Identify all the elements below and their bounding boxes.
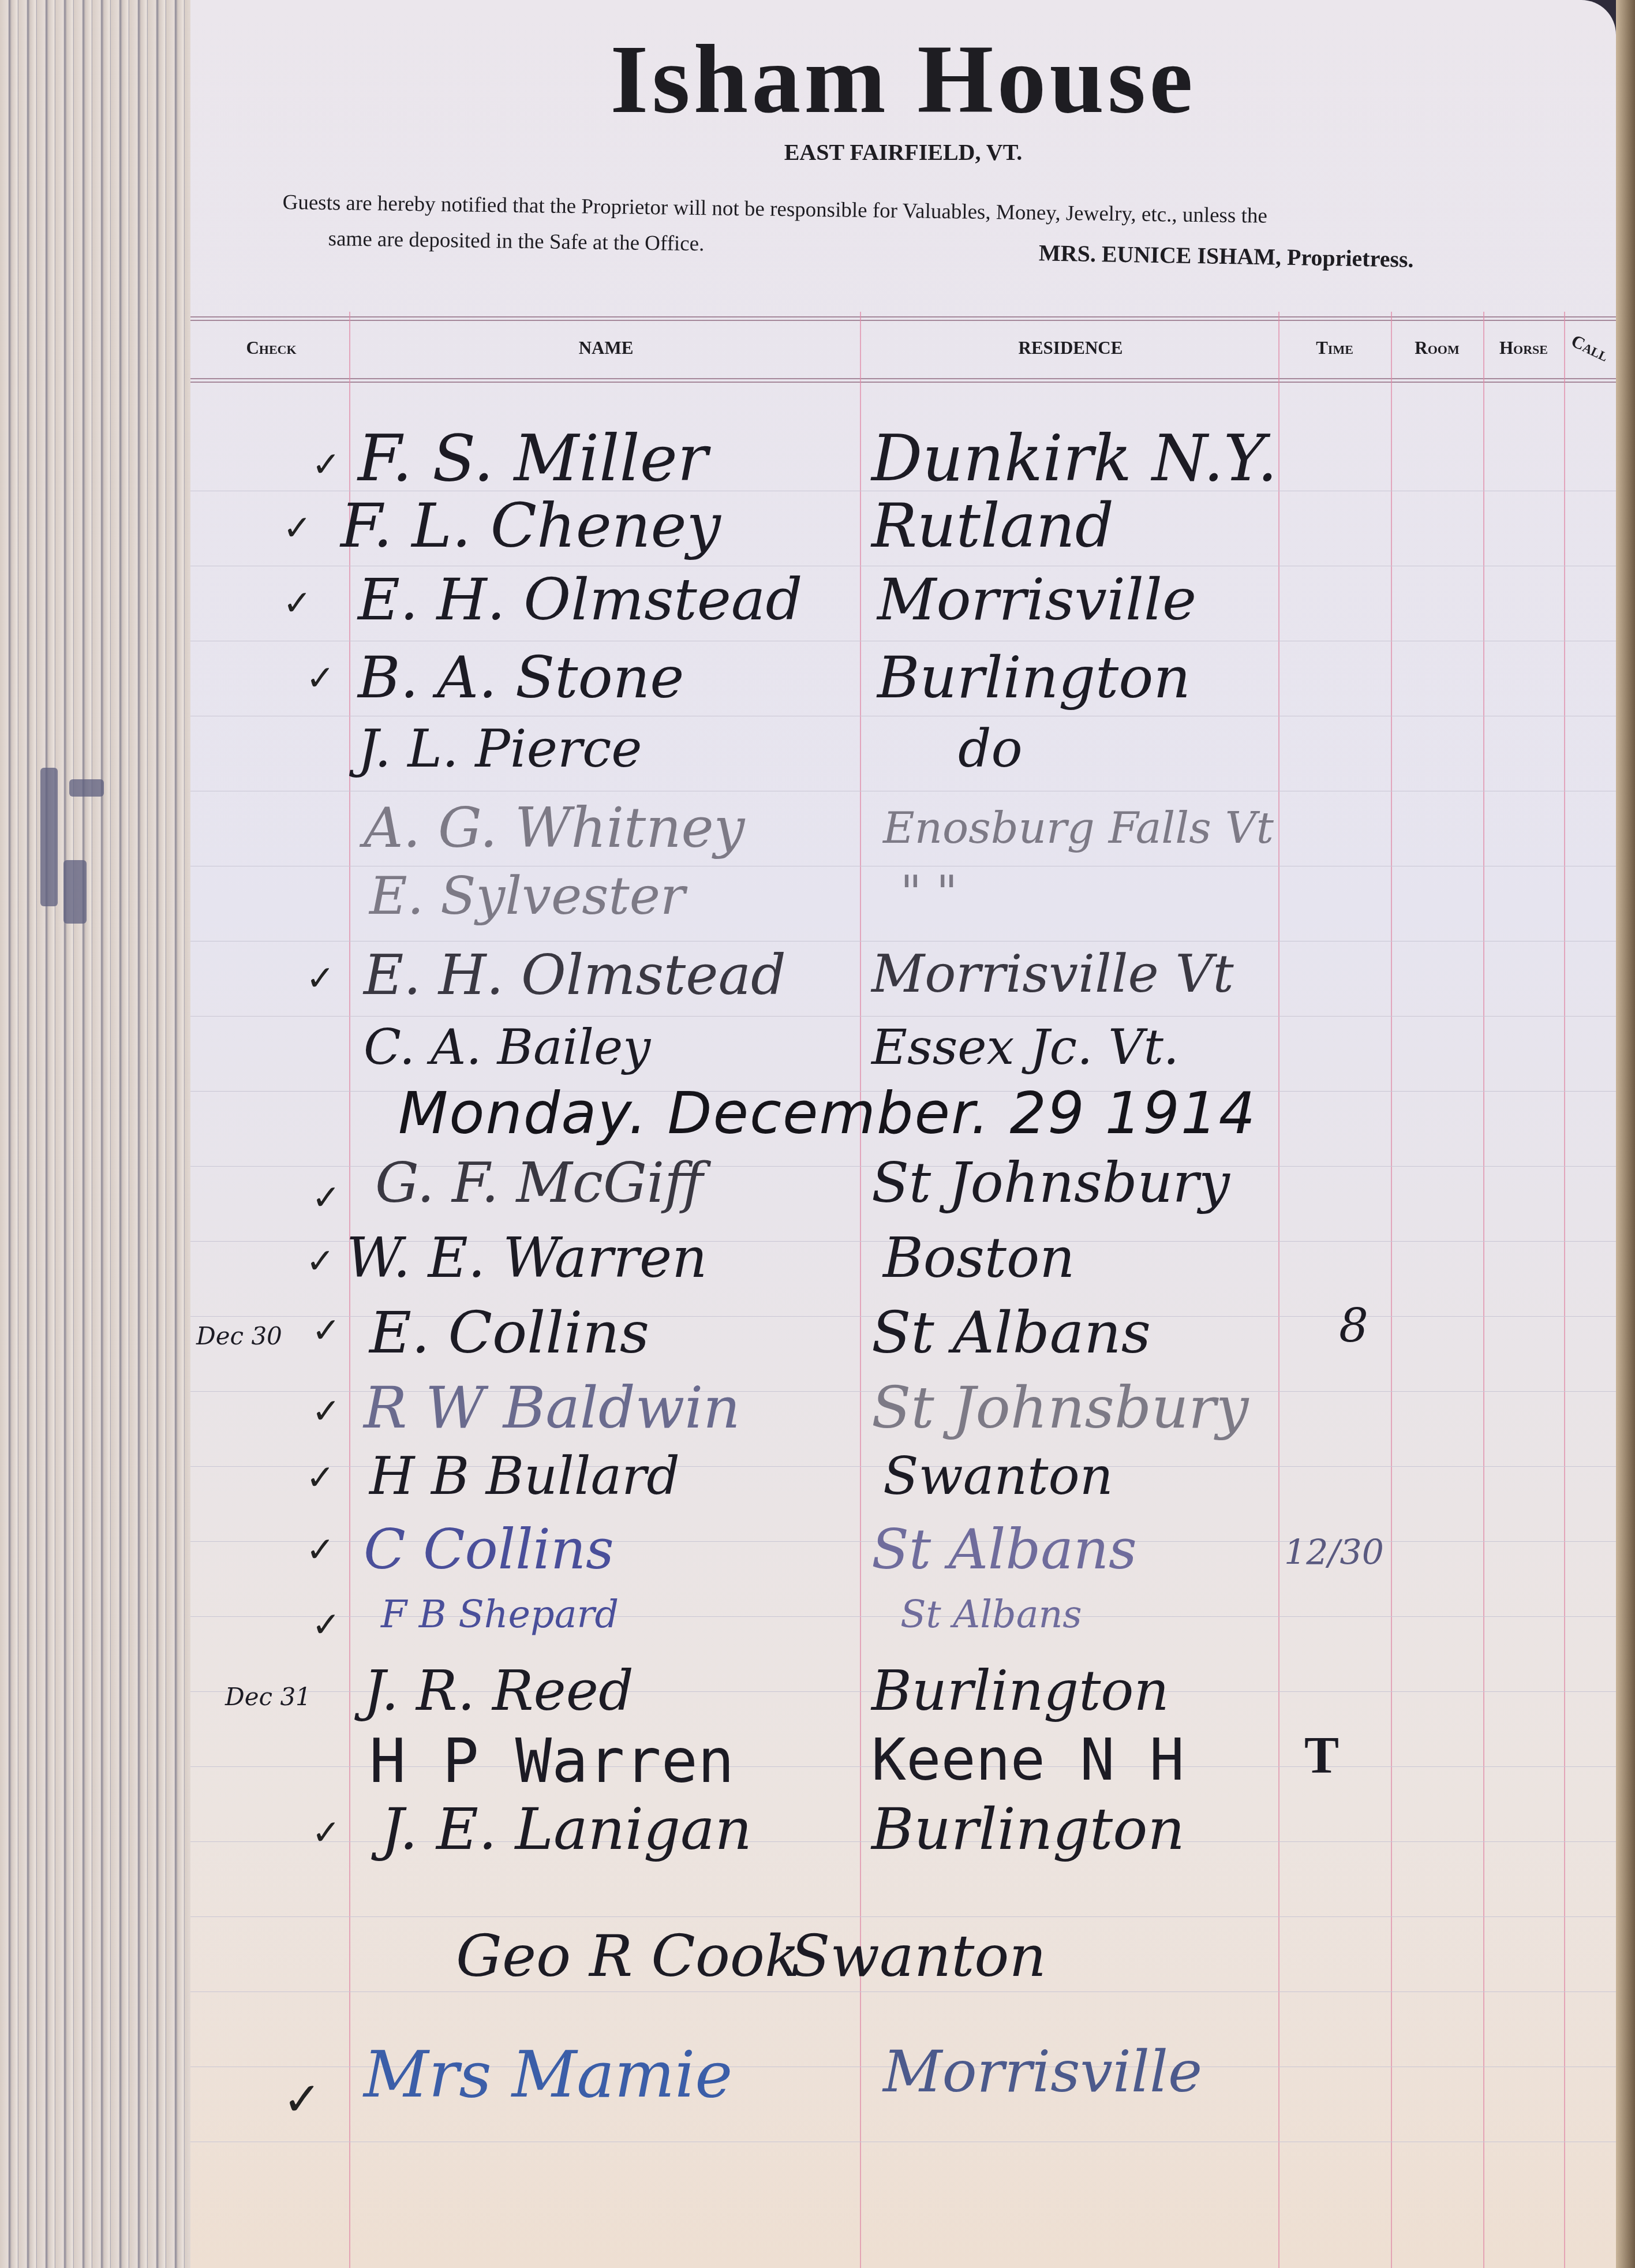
guest-name: F. S. Miller <box>358 421 708 495</box>
margin-date: Dec 31 <box>225 1683 311 1711</box>
guest-name: Geo R Cook <box>456 1922 800 1990</box>
column-header-check: Check <box>202 338 341 358</box>
guest-residence: St Johnsbury <box>871 1374 1249 1441</box>
guest-residence: Dunkirk N.Y. <box>871 421 1278 495</box>
guest-name: F. L. Cheney <box>341 491 721 561</box>
column-divider <box>1391 312 1392 2268</box>
page-stack-edge <box>0 0 190 2268</box>
guest-name: E. Sylvester <box>369 866 685 926</box>
guest-residence: Enosburg Falls Vt <box>883 802 1274 853</box>
check-mark: ✓ <box>306 1458 335 1498</box>
ruled-line <box>190 641 1616 641</box>
guest-residence: do <box>958 719 1023 779</box>
check-mark: ✓ <box>312 1605 341 1645</box>
header-rule-bottom <box>190 378 1616 383</box>
check-mark: ✓ <box>312 444 341 485</box>
column-header-call: Call <box>1565 329 1615 367</box>
column-header-time: Time <box>1278 338 1391 358</box>
ruled-line <box>190 941 1616 941</box>
ruled-line <box>190 1016 1616 1017</box>
guest-time: 8 <box>1339 1299 1368 1352</box>
guest-residence: Keene N H <box>871 1726 1184 1794</box>
hotel-location: EAST FAIRFIELD, VT. <box>190 139 1616 166</box>
column-header-room: Room <box>1391 338 1483 358</box>
guest-name: Mrs Mamie <box>364 2038 732 2112</box>
guest-residence: St Johnsbury <box>871 1152 1230 1215</box>
guest-residence: Morrisville <box>883 2038 1202 2105</box>
guest-residence: Rutland <box>871 491 1114 561</box>
guest-name: C. A. Bailey <box>364 1019 650 1076</box>
guest-name: G. F. McGiff <box>375 1152 703 1215</box>
proprietress: MRS. EUNICE ISHAM, Proprietress. <box>1039 239 1414 272</box>
ink-stain <box>63 860 87 924</box>
guest-residence: Boston <box>883 1227 1075 1290</box>
guest-residence: Swanton <box>791 1922 1046 1990</box>
column-header-name: NAME <box>352 338 860 358</box>
check-mark: ✓ <box>312 1391 341 1432</box>
guest-name: E. H. Olmstead <box>364 944 786 1007</box>
guest-name: E. Collins <box>369 1299 649 1366</box>
guest-name: J. R. Reed <box>364 1660 634 1723</box>
guest-name: J. L. Pierce <box>358 719 642 779</box>
column-divider <box>1483 312 1484 2268</box>
ruled-line <box>190 2142 1616 2142</box>
check-mark: ✓ <box>306 1241 335 1281</box>
ruled-line <box>190 1991 1616 1992</box>
check-mark: ✓ <box>283 583 312 623</box>
check-mark: ✓ <box>312 1178 341 1218</box>
check-mark: ✓ <box>283 2072 321 2126</box>
guest-residence: St Albans <box>900 1593 1082 1636</box>
check-mark: ✓ <box>306 658 335 698</box>
ink-stain <box>40 768 58 906</box>
ink-stain <box>69 779 104 797</box>
guest-residence: Burlington <box>871 1660 1169 1723</box>
hotel-title: Isham House <box>190 23 1616 136</box>
guest-residence: " " <box>900 866 957 920</box>
margin-date: Dec 30 <box>196 1322 282 1350</box>
column-divider <box>1564 312 1565 2268</box>
check-mark: ✓ <box>283 508 312 548</box>
guest-residence: Burlington <box>877 644 1191 711</box>
guest-name: E. H. Olmstead <box>358 566 802 633</box>
register-page: Isham House EAST FAIRFIELD, VT. Guests a… <box>190 0 1616 2268</box>
column-header-residence: RESIDENCE <box>863 338 1278 358</box>
guest-name: W. E. Warren <box>346 1227 707 1290</box>
column-header-horse: Horse <box>1483 338 1564 358</box>
ruled-line <box>190 791 1616 791</box>
check-mark: ✓ <box>306 958 335 999</box>
page-right-edge <box>1616 0 1635 2268</box>
guest-name: C Collins <box>364 1518 614 1582</box>
check-mark: ✓ <box>312 1813 341 1853</box>
guest-name: R W Baldwin <box>364 1374 740 1441</box>
guest-residence: Morrisville Vt <box>871 944 1234 1004</box>
check-mark: ✓ <box>312 1310 341 1351</box>
guest-name: F B Shepard <box>381 1593 619 1636</box>
guest-name: B. A. Stone <box>358 644 684 711</box>
header-rule-top <box>190 316 1616 321</box>
column-divider <box>1278 312 1279 2268</box>
guest-time: T <box>1304 1726 1339 1785</box>
guest-residence: Burlington <box>871 1795 1185 1863</box>
guest-residence: Swanton <box>883 1446 1113 1507</box>
guest-time: 12/30 <box>1284 1533 1384 1573</box>
guest-name: J. E. Lanigan <box>381 1795 752 1863</box>
ruled-line <box>190 1916 1616 1917</box>
guest-name: H B Bullard <box>369 1446 680 1507</box>
ruled-line <box>190 716 1616 716</box>
guest-residence: Essex Jc. Vt. <box>871 1019 1179 1076</box>
guest-name: H P Warren <box>369 1726 734 1796</box>
check-mark: ✓ <box>306 1530 335 1570</box>
guest-residence: Morrisville <box>877 566 1196 633</box>
guest-name: A. G. Whitney <box>364 797 744 860</box>
guest-residence: St Albans <box>871 1299 1151 1366</box>
date-heading: Monday. December. 29 1914 <box>398 1079 1256 1147</box>
guest-residence: St Albans <box>871 1518 1137 1582</box>
